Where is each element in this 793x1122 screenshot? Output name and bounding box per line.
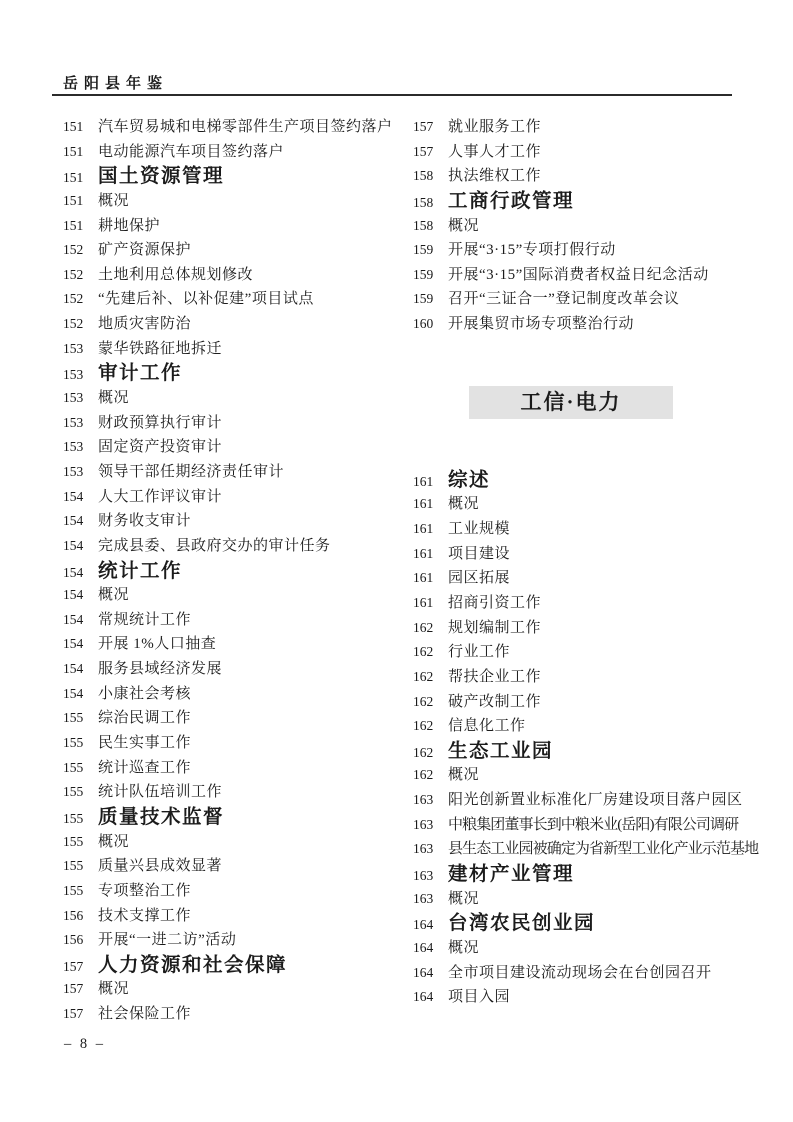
page-number: 154 [63, 561, 89, 586]
entry-title: 概况 [98, 193, 129, 209]
entry-title: 服务县域经济发展 [98, 661, 222, 677]
entry-title: 地质灾害防治 [98, 316, 191, 332]
toc-entry-row: 153财政预算执行审计 [63, 411, 408, 436]
page-number: 164 [413, 985, 439, 1010]
toc-entry-row: 156开展“一进二访”活动 [63, 928, 408, 953]
toc-entry-row: 155民生实事工作 [63, 731, 408, 756]
toc-entry-row: 161招商引资工作 [413, 591, 758, 616]
toc-section-row: 155质量技术监督 [63, 805, 408, 830]
toc-entry-row: 154财务收支审计 [63, 509, 408, 534]
entry-title: 耕地保护 [98, 218, 160, 234]
entry-title: 就业服务工作 [448, 119, 541, 135]
toc-section-row: 161综述 [413, 468, 758, 493]
entry-title: 汽车贸易城和电梯零部件生产项目签约落户 [98, 119, 393, 135]
page-number: 151 [63, 140, 89, 165]
page-number: 163 [413, 813, 439, 838]
page-number: 157 [413, 140, 439, 165]
page-number: 154 [63, 608, 89, 633]
page-number: 152 [63, 287, 89, 312]
toc-entry-row: 154人大工作评议审计 [63, 485, 408, 510]
toc-entry-row: 163中粮集团董事长到中粮米业(岳阳)有限公司调研 [413, 813, 758, 838]
toc-right-column: 157就业服务工作157人事人才工作158执法维权工作158工商行政管理158概… [413, 115, 758, 1010]
toc-entry-row: 151概况 [63, 189, 408, 214]
entry-title: 行业工作 [448, 644, 510, 660]
entry-title: 蒙华铁路征地拆迁 [98, 341, 222, 357]
page-number: 161 [413, 470, 439, 495]
page-number: 154 [63, 632, 89, 657]
toc-entry-row: 161园区拓展 [413, 566, 758, 591]
entry-title: 项目建设 [448, 546, 510, 562]
page-number: 154 [63, 583, 89, 608]
page-number: 151 [63, 115, 89, 140]
toc-section-row: 153审计工作 [63, 361, 408, 386]
entry-title: 常规统计工作 [98, 612, 191, 628]
entry-title: 人事人才工作 [448, 144, 541, 160]
toc-entry-row: 164全市项目建设流动现场会在台创园召开 [413, 961, 758, 986]
page-number: 155 [63, 780, 89, 805]
toc-section-row: 154统计工作 [63, 559, 408, 584]
page-number: 157 [63, 977, 89, 1002]
page-number: 153 [63, 337, 89, 362]
toc-entry-row: 163阳光创新置业标准化厂房建设项目落户园区 [413, 788, 758, 813]
toc-entry-row: 162概况 [413, 763, 758, 788]
toc-section-row: 162生态工业园 [413, 739, 758, 764]
entry-title: 破产改制工作 [448, 694, 541, 710]
toc-section-row: 164台湾农民创业园 [413, 911, 758, 936]
toc-entry-row: 162信息化工作 [413, 714, 758, 739]
page-number: 163 [413, 837, 439, 862]
page-number: 162 [413, 741, 439, 766]
toc-entry-row: 152“先建后补、以补促建”项目试点 [63, 287, 408, 312]
toc-entry-row: 155统计队伍培训工作 [63, 780, 408, 805]
page-number: 163 [413, 887, 439, 912]
page-number: 155 [63, 830, 89, 855]
entry-title: 台湾农民创业园 [448, 912, 595, 934]
entry-title: 概况 [448, 496, 479, 512]
toc-entry-row: 156技术支撑工作 [63, 904, 408, 929]
entry-title: 人力资源和社会保障 [98, 954, 287, 976]
entry-title: 开展“一进二访”活动 [98, 932, 236, 948]
entry-title: 财政预算执行审计 [98, 415, 222, 431]
entry-title: 生态工业园 [448, 740, 553, 762]
page-number: 161 [413, 566, 439, 591]
toc-entry-row: 159召开“三证合一”登记制度改革会议 [413, 287, 758, 312]
entry-title: 统计队伍培训工作 [98, 784, 222, 800]
page-number: 158 [413, 214, 439, 239]
toc-entry-row: 154完成县委、县政府交办的审计任务 [63, 534, 408, 559]
section-banner: 工信·电力 [469, 386, 673, 419]
toc-entry-row: 153固定资产投资审计 [63, 435, 408, 460]
entry-title: 全市项目建设流动现场会在台创园召开 [448, 965, 712, 981]
entry-title: 质量兴县成效显著 [98, 858, 222, 874]
toc-entry-row: 153领导干部任期经济责任审计 [63, 460, 408, 485]
entry-title: 统计工作 [98, 560, 182, 582]
entry-title: 工商行政管理 [448, 190, 574, 212]
entry-title: 规划编制工作 [448, 620, 541, 636]
entry-title: 开展“3·15”国际消费者权益日纪念活动 [448, 267, 709, 283]
toc-entry-row: 157社会保险工作 [63, 1002, 408, 1027]
page-number: 161 [413, 591, 439, 616]
page-number: 162 [413, 690, 439, 715]
toc-entry-row: 158执法维权工作 [413, 164, 758, 189]
entry-title: 专项整治工作 [98, 883, 191, 899]
entry-title: 人大工作评议审计 [98, 489, 222, 505]
page-number: 154 [63, 534, 89, 559]
yearbook-toc-page: 岳阳县年鉴 151汽车贸易城和电梯零部件生产项目签约落户151电动能源汽车项目签… [0, 0, 793, 1122]
toc-entry-row: 161概况 [413, 492, 758, 517]
entry-title: 综述 [448, 469, 490, 491]
entry-title: 技术支撑工作 [98, 908, 191, 924]
entry-title: 领导干部任期经济责任审计 [98, 464, 284, 480]
toc-entry-row: 162规划编制工作 [413, 616, 758, 641]
page-number: 156 [63, 904, 89, 929]
page-number: 163 [413, 788, 439, 813]
entry-title: 矿产资源保护 [98, 242, 191, 258]
toc-entry-row: 164项目入园 [413, 985, 758, 1010]
entry-title: 概况 [448, 891, 479, 907]
toc-entry-row: 152地质灾害防治 [63, 312, 408, 337]
page-number: 162 [413, 714, 439, 739]
toc-entry-row: 155质量兴县成效显著 [63, 854, 408, 879]
toc-entry-row: 151电动能源汽车项目签约落户 [63, 140, 408, 165]
entry-title: 质量技术监督 [98, 806, 224, 828]
entry-title: 民生实事工作 [98, 735, 191, 751]
page-number: 162 [413, 640, 439, 665]
entry-title: 开展 1%人口抽查 [98, 636, 216, 652]
entry-title: 社会保险工作 [98, 1006, 191, 1022]
toc-entry-row: 163县生态工业园被确定为省新型工业化产业示范基地 [413, 837, 758, 862]
toc-entry-row: 159开展“3·15”国际消费者权益日纪念活动 [413, 263, 758, 288]
page-number: 154 [63, 509, 89, 534]
page-number: 151 [63, 189, 89, 214]
page-number: 161 [413, 492, 439, 517]
page-number: 159 [413, 238, 439, 263]
toc-section-row: 158工商行政管理 [413, 189, 758, 214]
page-number: 155 [63, 731, 89, 756]
page-number: 159 [413, 263, 439, 288]
running-header-title: 岳阳县年鉴 [63, 72, 168, 93]
toc-entry-row: 161工业规模 [413, 517, 758, 542]
toc-entry-row: 154服务县域经济发展 [63, 657, 408, 682]
page-number: 155 [63, 854, 89, 879]
entry-title: 项目入园 [448, 989, 510, 1005]
entry-title: 中粮集团董事长到中粮米业(岳阳)有限公司调研 [448, 817, 738, 833]
page-number: 162 [413, 616, 439, 641]
toc-entry-row: 157概况 [63, 977, 408, 1002]
entry-title: 概况 [448, 218, 479, 234]
entry-title: 建材产业管理 [448, 863, 574, 885]
page-number: 158 [413, 164, 439, 189]
entry-title: 概况 [448, 767, 479, 783]
entry-title: 完成县委、县政府交办的审计任务 [98, 538, 331, 554]
page-number: 153 [63, 460, 89, 485]
toc-left-column: 151汽车贸易城和电梯零部件生产项目签约落户151电动能源汽车项目签约落户151… [63, 115, 408, 1027]
page-number: 155 [63, 706, 89, 731]
banner-spacer-top [413, 337, 758, 386]
entry-title: 综治民调工作 [98, 710, 191, 726]
page-number: 161 [413, 542, 439, 567]
entry-title: 招商引资工作 [448, 595, 541, 611]
entry-title: 阳光创新置业标准化厂房建设项目落户园区 [448, 792, 743, 808]
page-number: 157 [63, 1002, 89, 1027]
toc-entry-row: 161项目建设 [413, 542, 758, 567]
page-number: 156 [63, 928, 89, 953]
entry-title: 概况 [98, 390, 129, 406]
toc-entry-row: 158概况 [413, 214, 758, 239]
toc-entry-row: 162破产改制工作 [413, 690, 758, 715]
page-number: 151 [63, 166, 89, 191]
entry-title: 概况 [98, 587, 129, 603]
toc-entry-row: 151汽车贸易城和电梯零部件生产项目签约落户 [63, 115, 408, 140]
page-number: 154 [63, 657, 89, 682]
toc-entry-row: 157就业服务工作 [413, 115, 758, 140]
toc-entry-row: 162帮扶企业工作 [413, 665, 758, 690]
page-number: 151 [63, 214, 89, 239]
entry-title: 概况 [448, 940, 479, 956]
entry-title: 县生态工业园被确定为省新型工业化产业示范基地 [448, 841, 758, 857]
entry-title: 审计工作 [98, 362, 182, 384]
page-number: 157 [63, 955, 89, 980]
toc-entry-row: 162行业工作 [413, 640, 758, 665]
page-number: 154 [63, 682, 89, 707]
entry-title: 电动能源汽车项目签约落户 [98, 144, 284, 160]
toc-entry-row: 152土地利用总体规划修改 [63, 263, 408, 288]
toc-entry-row: 160开展集贸市场专项整治行动 [413, 312, 758, 337]
page-number: 159 [413, 287, 439, 312]
toc-entry-row: 164概况 [413, 936, 758, 961]
entry-title: 信息化工作 [448, 718, 526, 734]
page-number: 158 [413, 191, 439, 216]
toc-entry-row: 155统计巡查工作 [63, 756, 408, 781]
toc-entry-row: 154概况 [63, 583, 408, 608]
page-number: 164 [413, 913, 439, 938]
entry-title: 固定资产投资审计 [98, 439, 222, 455]
header-rule [52, 94, 732, 96]
page-number: 164 [413, 936, 439, 961]
banner-spacer-bottom [413, 419, 758, 468]
toc-entry-row: 159开展“3·15”专项打假行动 [413, 238, 758, 263]
toc-section-row: 157人力资源和社会保障 [63, 953, 408, 978]
toc-entry-row: 155概况 [63, 830, 408, 855]
page-number: 152 [63, 312, 89, 337]
toc-entry-row: 157人事人才工作 [413, 140, 758, 165]
page-number: 163 [413, 864, 439, 889]
toc-entry-row: 154常规统计工作 [63, 608, 408, 633]
page-number: 161 [413, 517, 439, 542]
toc-right-column-bottom: 161综述161概况161工业规模161项目建设161园区拓展161招商引资工作… [413, 468, 758, 1010]
toc-entry-row: 155专项整治工作 [63, 879, 408, 904]
entry-title: 园区拓展 [448, 570, 510, 586]
entry-title: 概况 [98, 834, 129, 850]
entry-title: 帮扶企业工作 [448, 669, 541, 685]
page-number: 153 [63, 411, 89, 436]
page-number: 152 [63, 263, 89, 288]
page-number: 153 [63, 386, 89, 411]
toc-entry-row: 151耕地保护 [63, 214, 408, 239]
page-number: 160 [413, 312, 439, 337]
entry-title: 开展“3·15”专项打假行动 [448, 242, 616, 258]
page-number: 162 [413, 665, 439, 690]
entry-title: 概况 [98, 981, 129, 997]
page-number: 164 [413, 961, 439, 986]
entry-title: 召开“三证合一”登记制度改革会议 [448, 291, 679, 307]
entry-title: 开展集贸市场专项整治行动 [448, 316, 634, 332]
page-number: 153 [63, 435, 89, 460]
page-number: 157 [413, 115, 439, 140]
page-number: 154 [63, 485, 89, 510]
toc-entry-row: 154小康社会考核 [63, 682, 408, 707]
page-number-footer: – 8 – [64, 1036, 103, 1053]
toc-section-row: 163建材产业管理 [413, 862, 758, 887]
entry-title: 土地利用总体规划修改 [98, 267, 253, 283]
toc-right-column-top: 157就业服务工作157人事人才工作158执法维权工作158工商行政管理158概… [413, 115, 758, 337]
entry-title: 执法维权工作 [448, 168, 541, 184]
entry-title: 国土资源管理 [98, 165, 224, 187]
page-number: 152 [63, 238, 89, 263]
entry-title: “先建后补、以补促建”项目试点 [98, 291, 314, 307]
entry-title: 小康社会考核 [98, 686, 191, 702]
page-number: 155 [63, 807, 89, 832]
page-number: 153 [63, 363, 89, 388]
toc-entry-row: 155综治民调工作 [63, 706, 408, 731]
toc-entry-row: 154开展 1%人口抽查 [63, 632, 408, 657]
toc-entry-row: 153概况 [63, 386, 408, 411]
entry-title: 财务收支审计 [98, 513, 191, 529]
entry-title: 统计巡查工作 [98, 760, 191, 776]
toc-entry-row: 163概况 [413, 887, 758, 912]
toc-entry-row: 153蒙华铁路征地拆迁 [63, 337, 408, 362]
page-number: 162 [413, 763, 439, 788]
page-number: 155 [63, 879, 89, 904]
toc-entry-row: 152矿产资源保护 [63, 238, 408, 263]
entry-title: 工业规模 [448, 521, 510, 537]
page-number: 155 [63, 756, 89, 781]
toc-section-row: 151国土资源管理 [63, 164, 408, 189]
